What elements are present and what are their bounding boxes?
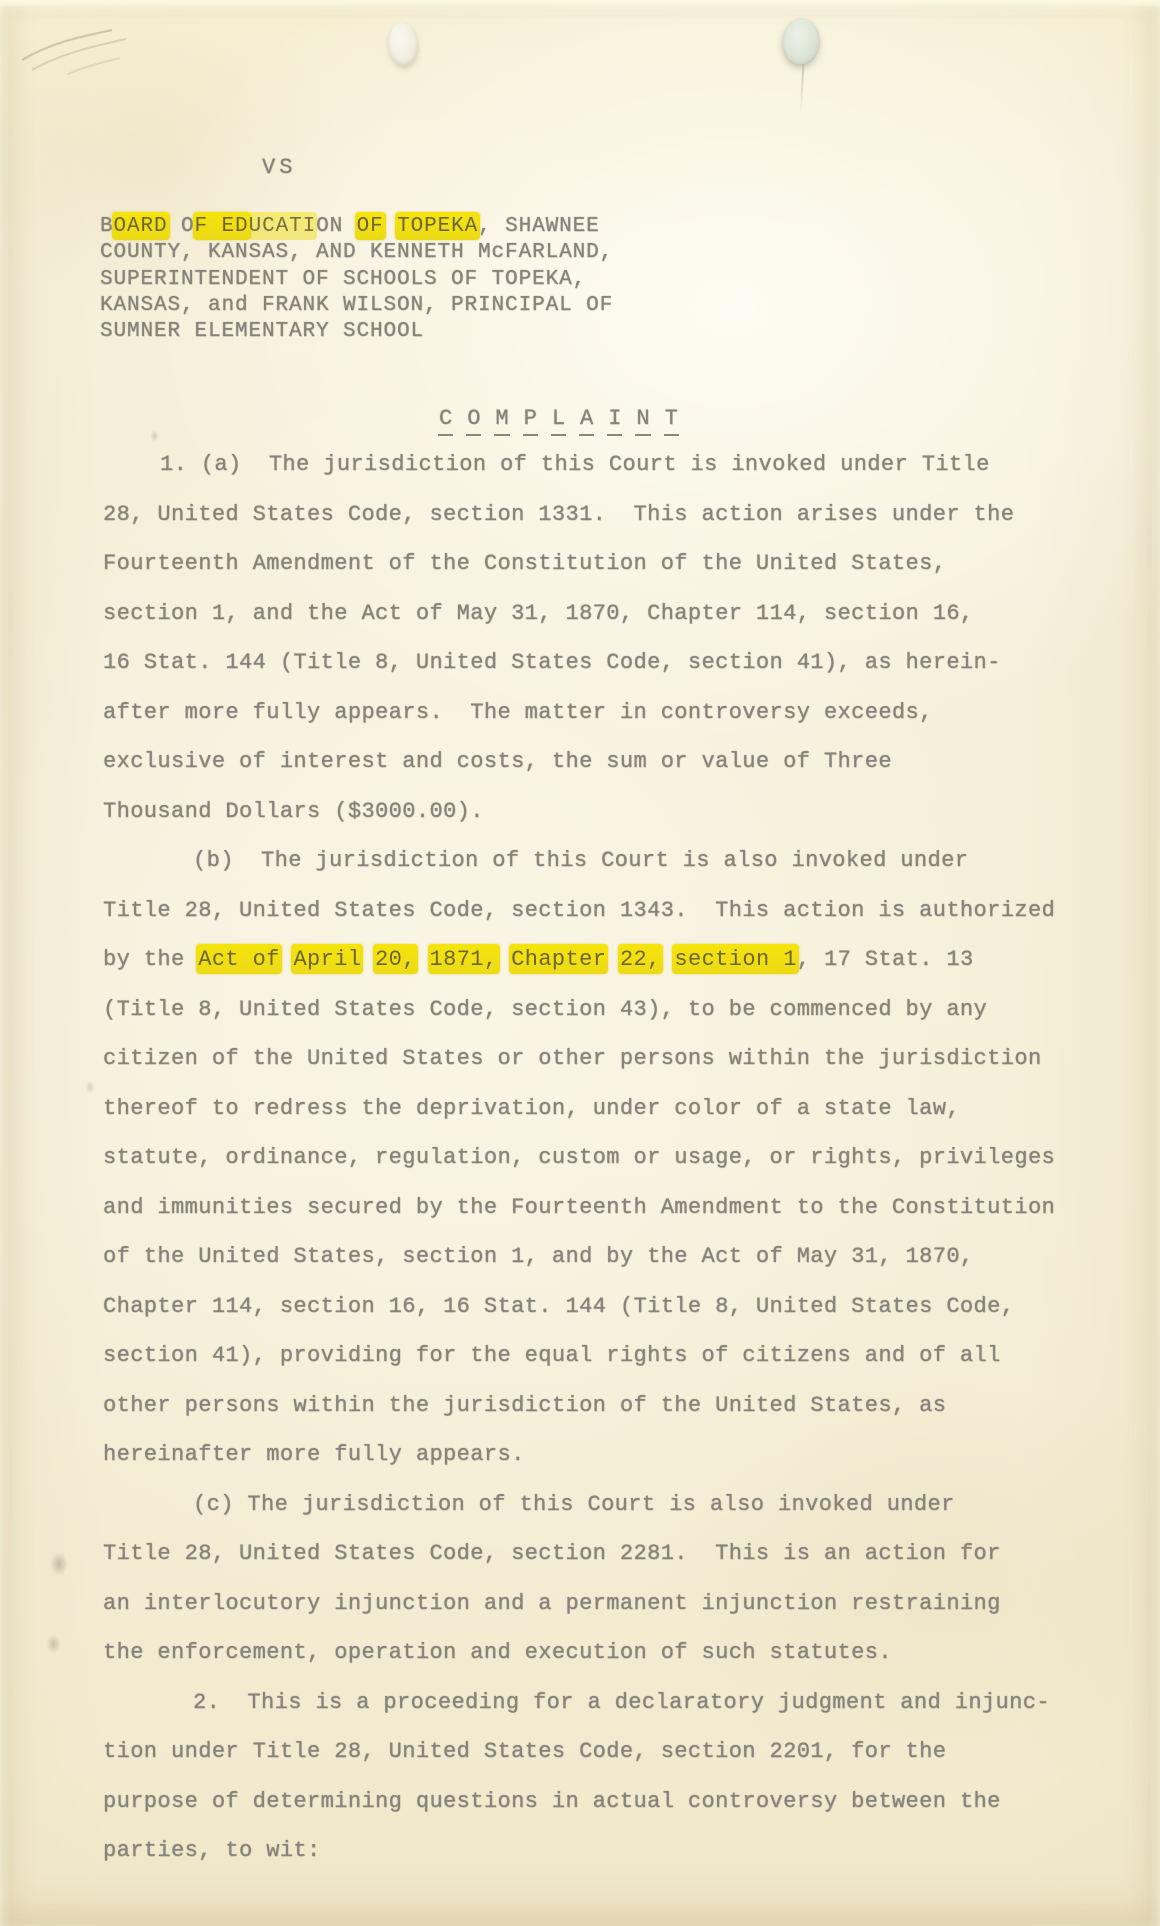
text-line: Title 28, United States Code, section 13… [103,898,1113,948]
text-segment: of the United States, section 1, and by … [103,1244,974,1269]
text-segment: statute, ordinance, regulation, custom o… [103,1145,1055,1170]
text-line: other persons within the jurisdiction of… [103,1393,1113,1443]
text-line: citizen of the United States or other pe… [103,1046,1113,1096]
ink-smudge [50,1552,68,1576]
text-line: the enforcement, operation and execution… [103,1640,1113,1690]
text-line: exclusive of interest and costs, the sum… [103,749,1113,799]
heading-letter: M [494,406,509,436]
highlighted-text: OF [355,212,386,240]
text-line: SUPERINTENDENT OF SCHOOLS OF TOPEKA, [100,268,613,294]
text-line: SUMNER ELEMENTARY SCHOOL [100,320,613,346]
vs-label: VS [262,155,296,180]
text-line: of the United States, section 1, and by … [103,1244,1113,1294]
text-line: 2. This is a proceeding for a declarator… [103,1690,1113,1740]
text-segment: SUMNER ELEMENTARY SCHOOL [100,320,424,343]
ink-smudge [85,1080,95,1094]
text-segment: O [168,215,195,238]
heading-letter: I [607,406,622,436]
heading-letter: C [438,406,453,436]
text-line: parties, to wit: [103,1838,1113,1888]
text-line: 16 Stat. 144 (Title 8, United States Cod… [103,650,1113,700]
text-line: after more fully appears. The matter in … [103,700,1113,750]
text-line: thereof to redress the deprivation, unde… [103,1096,1113,1146]
highlighted-text: 22, [618,944,663,974]
text-segment: thereof to redress the deprivation, unde… [103,1096,960,1121]
pencil-scribble [8,8,178,88]
text-line: Title 28, United States Code, section 22… [103,1541,1113,1591]
highlighted-text: OARD [112,212,170,240]
text-line: Thousand Dollars ($3000.00). [103,799,1113,849]
text-line: purpose of determining questions in actu… [103,1789,1113,1839]
case-caption: BOARD OF EDUCATION OF TOPEKA, SHAWNEECOU… [100,215,613,346]
text-line: hereinafter more fully appears. [103,1442,1113,1492]
text-line: Chapter 114, section 16, 16 Stat. 144 (T… [103,1294,1113,1344]
complaint-heading: COMPLAINT [438,406,692,436]
text-line: COUNTY, KANSAS, AND KENNETH McFARLAND, [100,241,613,267]
heading-letter: L [551,406,566,436]
text-segment: exclusive of interest and costs, the sum… [103,749,892,774]
text-segment: (c) The jurisdiction of this Court is al… [193,1492,955,1517]
text-segment: KANSAS, and FRANK WILSON, PRINCIPAL OF [100,294,613,317]
text-segment: Title 28, United States Code, section 13… [103,898,1055,923]
heading-letter: O [466,406,481,436]
complaint-body: 1. (a) The jurisdiction of this Court is… [103,452,1113,1888]
text-segment: tion under Title 28, United States Code,… [103,1739,946,1764]
text-segment: section 41), providing for the equal rig… [103,1343,1001,1368]
text-segment: Title 28, United States Code, section 22… [103,1541,1001,1566]
text-segment: 28, United States Code, section 1331. Th… [103,502,1014,527]
text-segment: an interlocutory injunction and a perman… [103,1591,1001,1616]
text-line: and immunities secured by the Fourteenth… [103,1195,1113,1245]
text-segment: SUPERINTENDENT OF SCHOOLS OF TOPEKA, [100,268,586,291]
text-line: statute, ordinance, regulation, custom o… [103,1145,1113,1195]
heading-letter: P [523,406,538,436]
highlighted-text: Chapter [509,944,608,974]
text-segment: (b) The jurisdiction of this Court is al… [193,848,968,873]
text-segment: and immunities secured by the Fourteenth… [103,1195,1055,1220]
text-segment: other persons within the jurisdiction of… [103,1393,946,1418]
fastener-scratch-mark [800,64,805,116]
ink-smudge [46,1634,61,1654]
text-line: an interlocutory injunction and a perman… [103,1591,1113,1641]
heading-letter: T [664,406,679,436]
text-line: section 41), providing for the equal rig… [103,1343,1113,1393]
text-line: (b) The jurisdiction of this Court is al… [103,848,1113,898]
fastener-hole-right [780,17,821,68]
text-segment: after more fully appears. The matter in … [103,700,933,725]
highlighted-text: section 1 [672,944,798,974]
text-segment: 16 Stat. 144 (Title 8, United States Cod… [103,650,1001,675]
text-line: (c) The jurisdiction of this Court is al… [103,1492,1113,1542]
fastener-hole-left [386,21,420,68]
ink-smudge [150,430,159,442]
highlighted-text: F ED [193,212,251,240]
text-segment: the enforcement, operation and execution… [103,1640,892,1665]
text-line: Fourteenth Amendment of the Constitution… [103,551,1113,601]
highlighted-text: 1871, [428,944,500,974]
heading-letter: A [579,406,594,436]
text-segment: by the [103,947,198,972]
text-line: (Title 8, United States Code, section 43… [103,997,1113,1047]
text-line: by the Act of April 20, 1871, Chapter 22… [103,947,1113,997]
text-segment: (Title 8, United States Code, section 43… [103,997,987,1022]
highlighted-text: UCATI [248,212,318,240]
text-line: KANSAS, and FRANK WILSON, PRINCIPAL OF [100,294,613,320]
text-segment: 1. (a) The jurisdiction of this Court is… [160,452,990,477]
text-segment: purpose of determining questions in actu… [103,1789,1001,1814]
text-line: 1. (a) The jurisdiction of this Court is… [103,452,1113,502]
text-segment: Thousand Dollars ($3000.00). [103,799,484,824]
text-segment: Chapter 114, section 16, 16 Stat. 144 (T… [103,1294,1014,1319]
text-segment: citizen of the United States or other pe… [103,1046,1042,1071]
text-segment: ON [316,215,357,238]
text-line: BOARD OF EDUCATION OF TOPEKA, SHAWNEE [100,215,613,241]
text-line: section 1, and the Act of May 31, 1870, … [103,601,1113,651]
highlighted-text: TOPEKA [395,212,480,240]
text-line: tion under Title 28, United States Code,… [103,1739,1113,1789]
text-segment: , SHAWNEE [478,215,600,238]
text-segment: parties, to wit: [103,1838,321,1863]
highlighted-text: 20, [373,944,418,974]
text-segment: 2. This is a proceeding for a declarator… [193,1690,1050,1715]
text-segment: hereinafter more fully appears. [103,1442,525,1467]
heading-letter: N [635,406,650,436]
text-segment: section 1, and the Act of May 31, 1870, … [103,601,974,626]
highlighted-text: April [291,944,363,974]
text-segment: Fourteenth Amendment of the Constitution… [103,551,946,576]
text-line: 28, United States Code, section 1331. Th… [103,502,1113,552]
highlighted-text: Act of [196,944,282,974]
text-segment: COUNTY, KANSAS, AND KENNETH McFARLAND, [100,241,613,264]
text-segment: , 17 Stat. 13 [797,947,974,972]
document-page: VS BOARD OF EDUCATION OF TOPEKA, SHAWNEE… [0,0,1160,1926]
